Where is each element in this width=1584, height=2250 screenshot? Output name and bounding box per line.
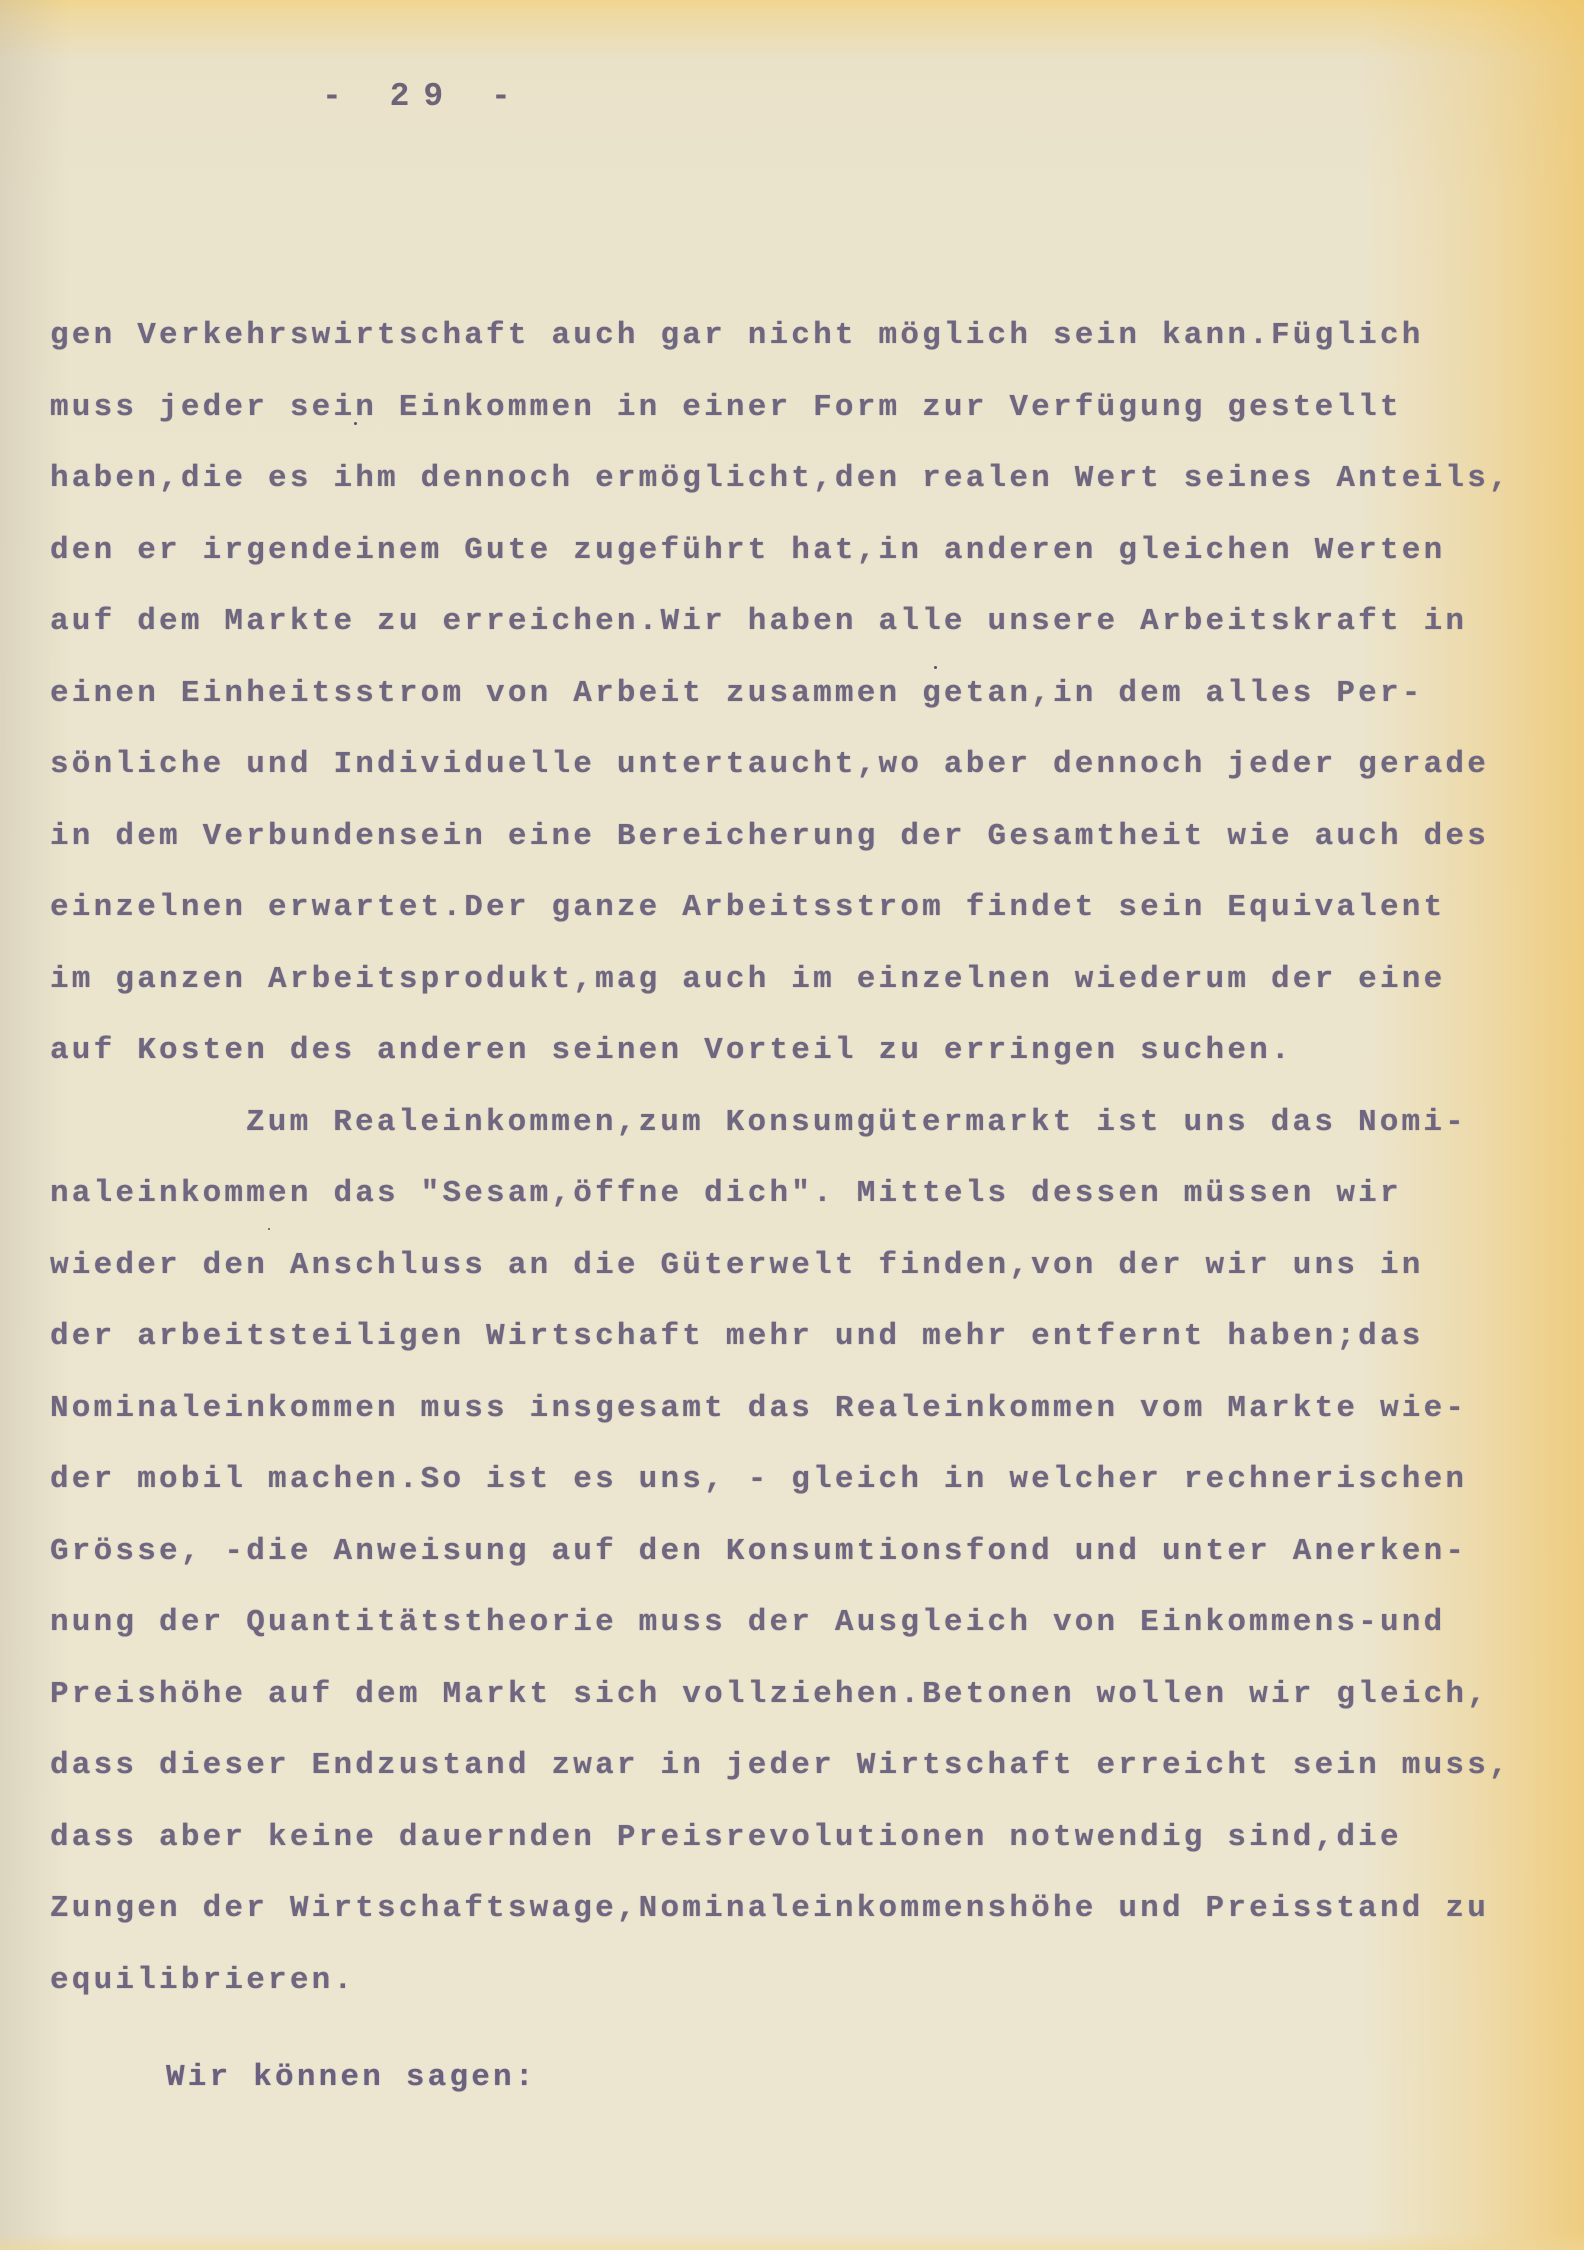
- text-line: equilibrieren.: [50, 1945, 1570, 2017]
- text-line: Nominaleinkommen muss insgesamt das Real…: [50, 1373, 1570, 1445]
- text-line: Zungen der Wirtschaftswage,Nominaleinkom…: [50, 1873, 1570, 1945]
- text-line: einen Einheitsstrom von Arbeit zusammen …: [50, 658, 1570, 730]
- text-line: im ganzen Arbeitsprodukt,mag auch im ein…: [50, 944, 1570, 1016]
- ink-speck: [354, 422, 357, 425]
- paper-page: - 29 - gen Verkehrswirtschaft auch gar n…: [0, 0, 1584, 2250]
- text-line: einzelnen erwartet.Der ganze Arbeitsstro…: [50, 872, 1570, 944]
- text-line: gen Verkehrswirtschaft auch gar nicht mö…: [50, 300, 1570, 372]
- text-line: auf Kosten des anderen seinen Vorteil zu…: [50, 1015, 1570, 1087]
- ink-speck: [268, 1228, 270, 1230]
- closing-line: Wir können sagen:: [166, 2060, 537, 2095]
- page-bottom-edge: [0, 2232, 1584, 2250]
- text-line: Grösse, -die Anweisung auf den Konsumtio…: [50, 1516, 1570, 1588]
- text-line: sönliche und Individuelle untertaucht,wo…: [50, 729, 1570, 801]
- page-number: - 29 -: [322, 78, 525, 115]
- text-line: dass aber keine dauernden Preisrevolutio…: [50, 1802, 1570, 1874]
- text-line: dass dieser Endzustand zwar in jeder Wir…: [50, 1730, 1570, 1802]
- text-line: der arbeitsteiligen Wirtschaft mehr und …: [50, 1301, 1570, 1373]
- text-line: muss jeder sein Einkommen in einer Form …: [50, 372, 1570, 444]
- text-line: haben,die es ihm dennoch ermöglicht,den …: [50, 443, 1570, 515]
- text-line: auf dem Markte zu erreichen.Wir haben al…: [50, 586, 1570, 658]
- text-line-indented: Zum Realeinkommen,zum Konsumgütermarkt i…: [50, 1087, 1570, 1159]
- text-line: der mobil machen.So ist es uns, - gleich…: [50, 1444, 1570, 1516]
- text-line: naleinkommen das "Sesam,öffne dich". Mit…: [50, 1158, 1570, 1230]
- text-line: nung der Quantitätstheorie muss der Ausg…: [50, 1587, 1570, 1659]
- text-line: den er irgendeinem Gute zugeführt hat,in…: [50, 515, 1570, 587]
- paragraph-1: gen Verkehrswirtschaft auch gar nicht mö…: [50, 300, 1570, 1087]
- text-line: in dem Verbundensein eine Bereicherung d…: [50, 801, 1570, 873]
- paragraph-2: Zum Realeinkommen,zum Konsumgütermarkt i…: [50, 1087, 1570, 2017]
- typewritten-body: gen Verkehrswirtschaft auch gar nicht mö…: [50, 300, 1570, 2016]
- text-line: Preishöhe auf dem Markt sich vollziehen.…: [50, 1659, 1570, 1731]
- ink-speck: [934, 666, 937, 669]
- text-line: wieder den Anschluss an die Güterwelt fi…: [50, 1230, 1570, 1302]
